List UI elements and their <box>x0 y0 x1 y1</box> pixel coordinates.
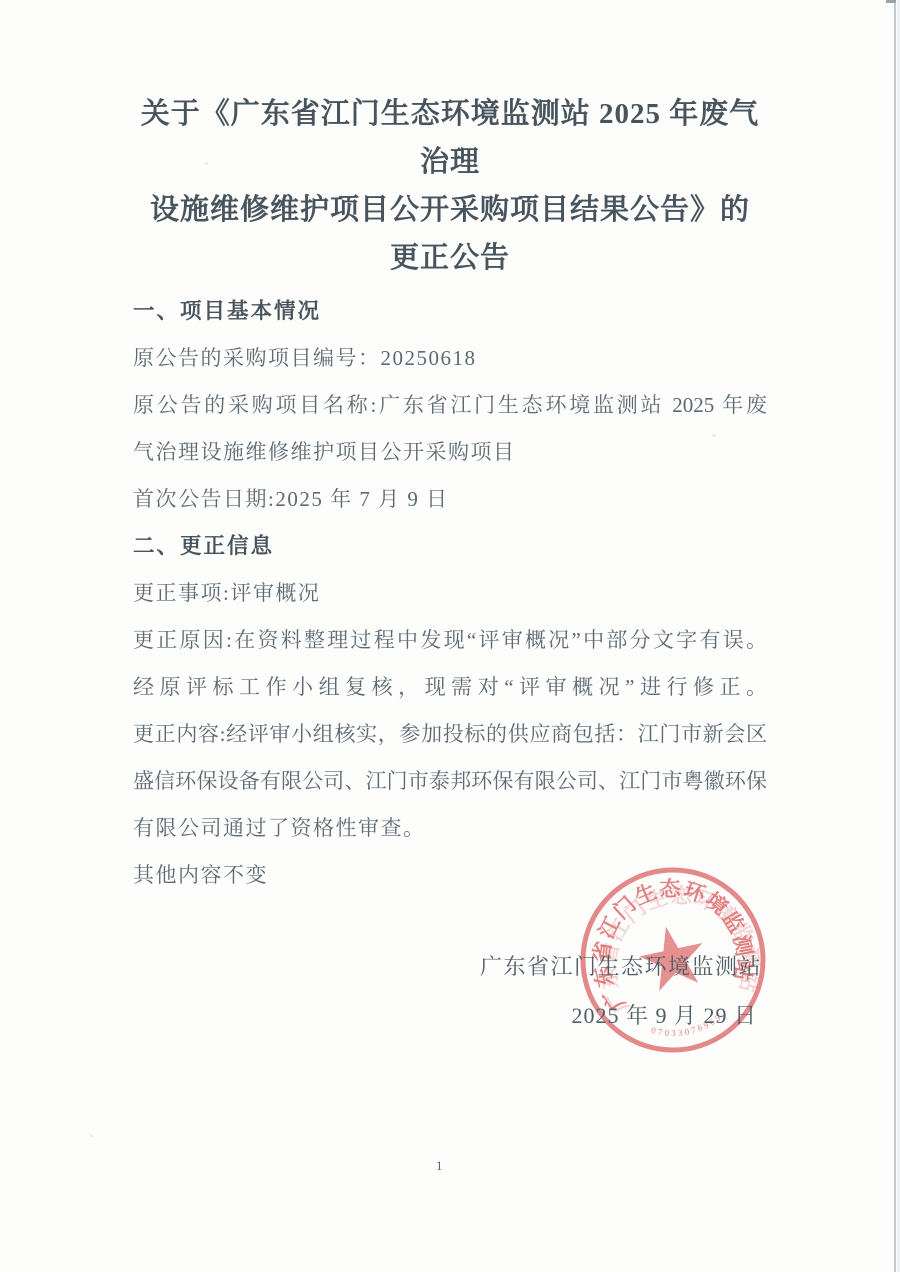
document-page: 关于《广东省江门生态环境监测站 2025 年废气治理 设施维修维护项目公开采购项… <box>0 0 900 1272</box>
title-line-3: 更正公告 <box>133 234 767 282</box>
scan-corner-mark <box>886 0 896 3</box>
body-line-correction-reason-1: 更正原因:在资料整理过程中发现“评审概况”中部分文字有误。 <box>133 617 767 664</box>
body-line-project-name-1: 原公告的采购项目名称:广东省江门生态环境监测站 2025 年废 <box>133 382 767 429</box>
body-line-first-date: 首次公告日期:2025 年 7 月 9 日 <box>133 476 767 523</box>
scan-speck <box>90 1134 93 1137</box>
document-body: 一、项目基本情况 原公告的采购项目编号：20250618 原公告的采购项目名称:… <box>133 288 767 899</box>
body-line-correction-content-2: 盛信环保设备有限公司、江门市泰邦环保有限公司、江门市粤徽环保 <box>133 758 767 805</box>
body-line-correction-reason-2: 经原评标工作小组复核，现需对“评审概况”进行修正。 <box>133 664 767 711</box>
body-line-project-name-2: 气治理设施维修维护项目公开采购项目 <box>133 429 767 476</box>
signature-organization: 广东省江门生态环境监测站 <box>480 950 762 981</box>
title-line-2: 设施维修维护项目公开采购项目结果公告》的 <box>133 186 767 234</box>
page-number: 1 <box>436 1158 443 1174</box>
body-line-correction-content-1: 更正内容:经评审小组核实，参加投标的供应商包括：江门市新会区 <box>133 711 767 758</box>
scan-edge-line <box>894 0 896 1272</box>
body-line-correction-content-3: 有限公司通过了资格性审查。 <box>133 805 767 852</box>
signature-date: 2025 年 9 月 29 日 <box>571 999 757 1030</box>
body-line-project-number: 原公告的采购项目编号：20250618 <box>133 335 767 382</box>
body-line-correction-item: 更正事项:评审概况 <box>133 570 767 617</box>
section-heading-basic-info: 一、项目基本情况 <box>133 288 767 335</box>
document-title: 关于《广东省江门生态环境监测站 2025 年废气治理 设施维修维护项目公开采购项… <box>133 90 767 282</box>
title-line-1: 关于《广东省江门生态环境监测站 2025 年废气治理 <box>133 90 767 186</box>
section-heading-correction: 二、更正信息 <box>133 523 767 570</box>
